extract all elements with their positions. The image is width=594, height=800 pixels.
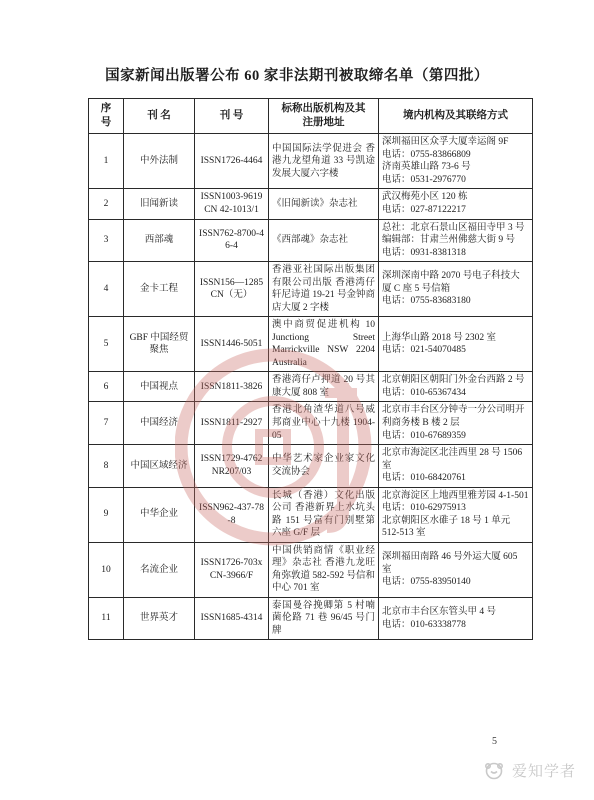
table-row: 5 GBF 中国经贸聚焦 ISSN1446-5051 澳中商贸促进机构 10 J… [89, 317, 533, 372]
cell-publisher: 中华艺术家企业家文化交流协会 [269, 445, 379, 488]
cell-issn: ISSN1003-9619 CN 42-1013/1 [195, 189, 269, 219]
cell-publisher: 香港亚社国际出版集团有限公司出版 香港湾仔轩尼诗道 19-21 号金钟商店大厦 … [269, 262, 379, 317]
cell-contact: 深圳福田南路 46 号外运大厦 605 室 电话：0755-83950140 [379, 542, 533, 597]
footer-brand-label: 爱知学者 [512, 760, 576, 781]
table-row: 7 中国经济 ISSN1811-2927 香港北角渣华道八号威邦商业中心十九楼 … [89, 402, 533, 445]
cell-name: 中国区域经济 [124, 445, 195, 488]
cell-issn: ISSN962-437-78 -8 [195, 487, 269, 542]
cell-index: 9 [89, 487, 124, 542]
cell-issn: ISSN1729-4762 NR207/03 [195, 445, 269, 488]
cell-index: 2 [89, 189, 124, 219]
table-row: 11 世界英才 ISSN1685-4314 泰国曼谷挽卿第 5 村喃菌伦路 71… [89, 597, 533, 640]
cell-contact: 北京朝阳区朝阳门外金台西路 2 号 电话：010-65367434 [379, 372, 533, 402]
cell-name: 西部魂 [124, 219, 195, 262]
page-title: 国家新闻出版署公布 60 家非法期刊被取缔名单（第四批） [0, 0, 594, 85]
cell-index: 10 [89, 542, 124, 597]
table-row: 8 中国区域经济 ISSN1729-4762 NR207/03 中华艺术家企业家… [89, 445, 533, 488]
cell-index: 1 [89, 134, 124, 189]
table-row: 10 名流企业 ISSN1726-703x CN-3966/F 中国供销商情《职… [89, 542, 533, 597]
table-row: 3 西部魂 ISSN762-8700-4 6-4 《西部魂》杂志社 总社：北京石… [89, 219, 533, 262]
cell-publisher: 长城（香港）文化出版公司 香港新界上水坑头路 151 号富有门别墅第六座 G/F… [269, 487, 379, 542]
table-row: 4 金卡工程 ISSN156—1285 CN（无） 香港亚社国际出版集团有限公司… [89, 262, 533, 317]
page-number: 5 [492, 736, 497, 747]
cell-publisher: 香港湾仔卢押道 20 号其康大厦 808 室 [269, 372, 379, 402]
cell-contact: 深圳福田区众孚大厦幸运阁 9F 电话：0755-83866809 济南英雄山路 … [379, 134, 533, 189]
cell-issn: ISSN1685-4314 [195, 597, 269, 640]
cell-publisher: 澳中商贸促进机构 10 Junctiong Street Marrickvill… [269, 317, 379, 372]
cell-publisher: 中国供销商情《职业经理》杂志社 香港九龙旺角弥敦道 582-592 号信和中心 … [269, 542, 379, 597]
cell-name: 中华企业 [124, 487, 195, 542]
cell-name: GBF 中国经贸聚焦 [124, 317, 195, 372]
cell-name: 名流企业 [124, 542, 195, 597]
cell-name: 中外法制 [124, 134, 195, 189]
header-publisher: 标称出版机构及其 注册地址 [269, 99, 379, 134]
cell-contact: 上海华山路 2018 号 2302 室 电话：021-54070485 [379, 317, 533, 372]
brand-face-icon [483, 761, 507, 780]
cell-issn: ISSN1726-703x CN-3966/F [195, 542, 269, 597]
cell-index: 3 [89, 219, 124, 262]
cell-index: 8 [89, 445, 124, 488]
cell-name: 中国经济 [124, 402, 195, 445]
cell-issn: ISSN1811-3826 [195, 372, 269, 402]
cell-contact: 北京市丰台区分钟寺一分公司明开利商务楼 B 楼 2 层 电话：010-67689… [379, 402, 533, 445]
cell-name: 金卡工程 [124, 262, 195, 317]
cell-issn: ISSN1811-2927 [195, 402, 269, 445]
cell-contact: 总社：北京石景山区福田寺甲 3 号 编辑部：甘肃兰州佛慈大街 9 号 电话：09… [379, 219, 533, 262]
cell-issn: ISSN156—1285 CN（无） [195, 262, 269, 317]
table-row: 2 旧闻新读 ISSN1003-9619 CN 42-1013/1 《旧闻新读》… [89, 189, 533, 219]
table-row: 6 中国视点 ISSN1811-3826 香港湾仔卢押道 20 号其康大厦 80… [89, 372, 533, 402]
header-contact: 境内机构及其联络方式 [379, 99, 533, 134]
cell-contact: 北京海淀区上地西里雅芳园 4-1-501 电话：010-62975913 北京朝… [379, 487, 533, 542]
cell-contact: 北京市海淀区北洼西里 28 号 1506 室 电话：010-68420761 [379, 445, 533, 488]
cell-index: 5 [89, 317, 124, 372]
cell-publisher: 香港北角渣华道八号威邦商业中心十九楼 1904-05 [269, 402, 379, 445]
cell-issn: ISSN1446-5051 [195, 317, 269, 372]
table-row: 1 中外法制 ISSN1726-4464 中国国际法学促进会 香港九龙望角道 3… [89, 134, 533, 189]
cell-contact: 深圳深南中路 2070 号电子科技大厦 C 座 5 号信箱 电话：0755-83… [379, 262, 533, 317]
cell-publisher: 泰国曼谷挽卿第 5 村喃菌伦路 71 巷 96/45 号门牌 [269, 597, 379, 640]
cell-name: 中国视点 [124, 372, 195, 402]
cell-publisher: 中国国际法学促进会 香港九龙望角道 33 号凯途发展大厦六字楼 [269, 134, 379, 189]
table-header-row: 序 号 刊 名 刊 号 标称出版机构及其 注册地址 境内机构及其联络方式 [89, 99, 533, 134]
banned-periodicals-table: 序 号 刊 名 刊 号 标称出版机构及其 注册地址 境内机构及其联络方式 1 中… [88, 98, 533, 640]
cell-name: 旧闻新读 [124, 189, 195, 219]
header-issn: 刊 号 [195, 99, 269, 134]
cell-issn: ISSN1726-4464 [195, 134, 269, 189]
cell-issn: ISSN762-8700-4 6-4 [195, 219, 269, 262]
cell-index: 7 [89, 402, 124, 445]
header-name: 刊 名 [124, 99, 195, 134]
cell-publisher: 《旧闻新读》杂志社 [269, 189, 379, 219]
cell-contact: 北京市丰台区东管头甲 4 号 电话：010-63338778 [379, 597, 533, 640]
cell-publisher: 《西部魂》杂志社 [269, 219, 379, 262]
cell-index: 11 [89, 597, 124, 640]
header-index: 序 号 [89, 99, 124, 134]
cell-index: 4 [89, 262, 124, 317]
cell-contact: 武汉梅苑小区 120 栋 电话：027-87122217 [379, 189, 533, 219]
cell-index: 6 [89, 372, 124, 402]
table-row: 9 中华企业 ISSN962-437-78 -8 长城（香港）文化出版公司 香港… [89, 487, 533, 542]
footer-brand-watermark: 爱知学者 [483, 760, 576, 781]
cell-name: 世界英才 [124, 597, 195, 640]
